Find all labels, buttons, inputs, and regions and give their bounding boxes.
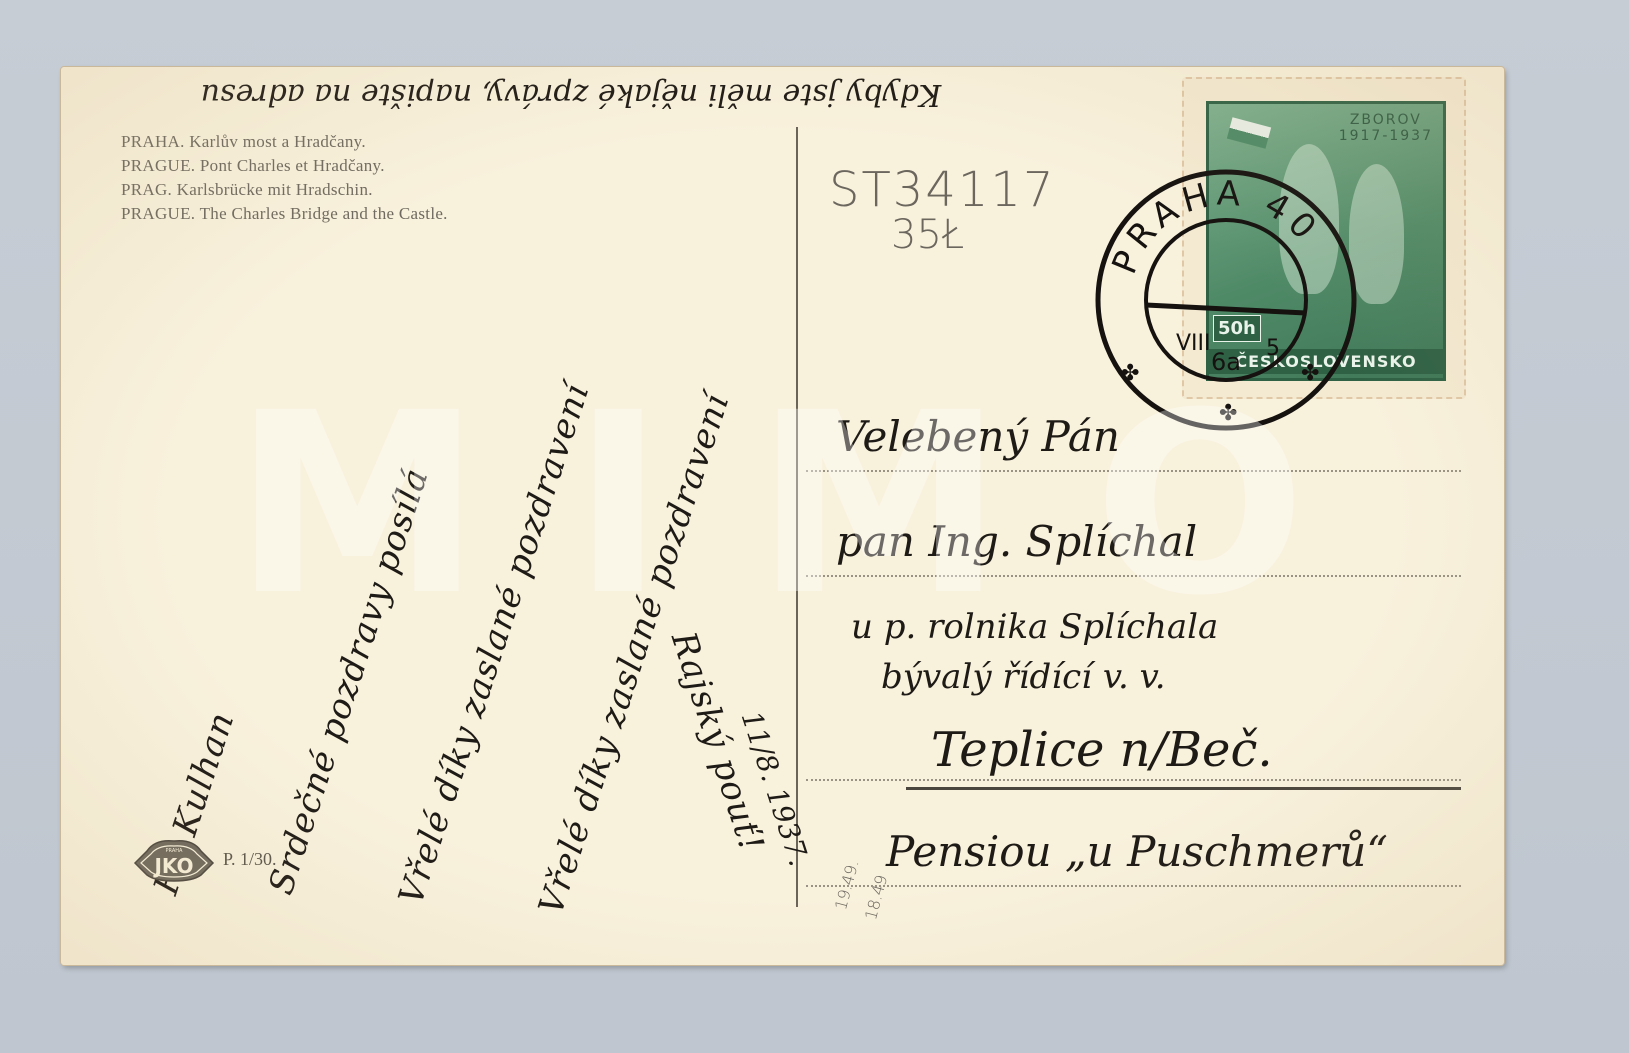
- postmark: PRAHA 40 VIII 5 6a ✤ ✤ ✤: [1091, 165, 1361, 435]
- star-icon: ✤: [1121, 361, 1139, 386]
- handwritten-top-line: Kdyby jste měli nějaké zprávy, napište n…: [91, 77, 1051, 112]
- svg-text:JKO: JKO: [152, 854, 193, 878]
- stamp-title: ZBOROV 1917-1937: [1339, 112, 1433, 144]
- publisher-mark: JKO PRAHA P. 1/30.: [133, 835, 277, 883]
- center-divider: [796, 127, 798, 907]
- address-care-of: u p. rolnika Splíchala: [851, 607, 1218, 647]
- postmark-code: 6a: [1211, 348, 1241, 376]
- printed-caption: PRAHA. Karlův most a Hradčany. PRAGUE. P…: [121, 130, 448, 226]
- star-icon: ✤: [1301, 361, 1319, 386]
- address-town: Teplice n/Beč.: [931, 722, 1273, 778]
- caption-line-czech: PRAHA. Karlův most a Hradčany.: [121, 130, 448, 154]
- flag-icon: [1227, 117, 1271, 149]
- postmark-day: 5: [1266, 336, 1280, 361]
- svg-text:PRAHA: PRAHA: [166, 848, 183, 854]
- pencil-price: 35Ł: [891, 212, 964, 258]
- jko-logo-icon: JKO PRAHA: [133, 835, 215, 883]
- postcard: Kdyby jste měli nějaké zprávy, napište n…: [61, 67, 1504, 965]
- series-number: P. 1/30.: [223, 849, 277, 870]
- caption-line-english: PRAGUE. The Charles Bridge and the Castl…: [121, 202, 448, 226]
- address-underline: [906, 787, 1461, 790]
- address-rule: [806, 779, 1461, 781]
- caption-line-french: PRAGUE. Pont Charles et Hradčany.: [121, 154, 448, 178]
- star-icon: ✤: [1219, 401, 1237, 426]
- pencil-inventory-code: ST34117: [829, 162, 1055, 218]
- postmark-month: VIII: [1176, 331, 1211, 356]
- pencil-side-note: 18.49: [861, 873, 891, 922]
- address-salutation: Velebený Pán: [836, 412, 1120, 461]
- address-title: bývalý řídící v. v.: [881, 657, 1166, 697]
- address-name: pan Ing. Splíchal: [836, 517, 1197, 566]
- caption-line-german: PRAG. Karlsbrücke mit Hradschin.: [121, 178, 448, 202]
- address-rule: [806, 575, 1461, 577]
- address-rule: [806, 470, 1461, 472]
- address-pension: Pensiou „u Puschmerů“: [886, 827, 1388, 876]
- address-rule: [806, 885, 1461, 887]
